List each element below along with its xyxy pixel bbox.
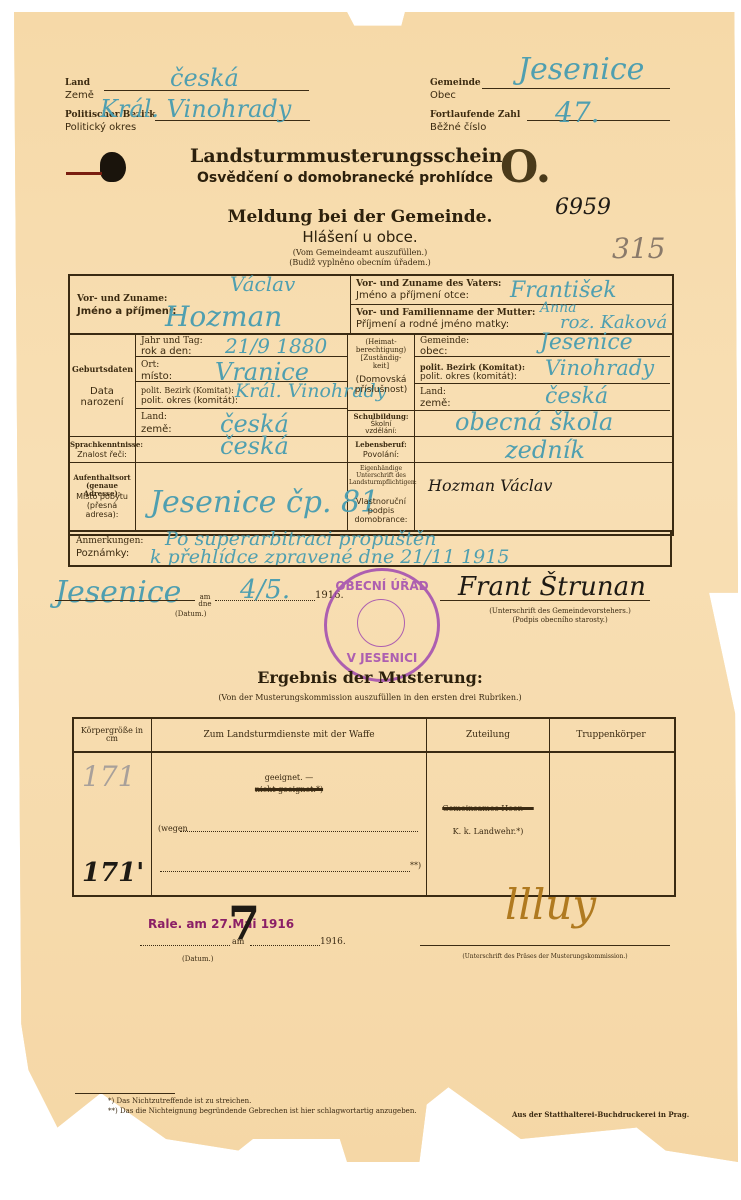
zahl-value: 47. [555, 96, 600, 129]
register-number-2: 315 [612, 232, 665, 265]
register-number: 6959 [555, 195, 611, 220]
signature-place-value: Jesenice [55, 575, 181, 610]
land-label-de: Land [65, 78, 90, 88]
ink-blot [100, 152, 126, 182]
divider [549, 717, 550, 895]
divider [414, 383, 670, 384]
col-header-service: Zum Landsturmdienste mit der Waffe [152, 731, 426, 739]
mother-label-de: Vor- und Familienname der Mutter: [356, 308, 535, 318]
lang-label-de: Sprachkenntnisse: [70, 440, 134, 449]
commission-place-caption: (Datum.) [182, 955, 213, 963]
name-label-cz: Jméno a příjmení: [77, 306, 176, 317]
printer-credit: Aus der Statthalterei-Buchdruckerei in P… [512, 1111, 689, 1119]
birth-label-cz-2: narození [72, 397, 132, 408]
lang-label-cz: Znalost řeči: [70, 450, 134, 459]
footnote-mark: **) [410, 862, 421, 870]
notes-label-de: Anmerkungen: [76, 536, 143, 546]
heimat-line-3: [Zuständig- [348, 354, 414, 362]
h-land-value: česká [545, 384, 608, 409]
col-header-height: Körpergröße in cm [74, 727, 150, 743]
name-first-value: Václav [230, 272, 295, 296]
sign-cz-line-1: Vlastnoruční [349, 497, 413, 506]
divider [68, 530, 70, 565]
result-note: (Von der Musterungskommission auszufülle… [180, 694, 560, 702]
bezirk-value: Král. Vinohrady [100, 95, 291, 123]
col-header-assignment: Zuteilung [427, 731, 549, 739]
school-value: obecná škola [455, 408, 613, 436]
footnote-1: *) Das Nichtzutreffende ist zu streichen… [108, 1097, 251, 1105]
mayor-caption-de: (Unterschrift des Gemeindevorstehers.) [470, 607, 650, 615]
school-cz-line-2: vzdělání: [348, 428, 414, 435]
zahl-label-cz: Běžné číslo [430, 122, 486, 133]
name-label-de: Vor- und Zuname: [77, 294, 167, 304]
commission-place-line [140, 945, 230, 946]
mayor-caption-cz: (Podpis obecního starosty.) [470, 616, 650, 624]
addr-cz-line-2: (přesná adresa): [70, 501, 134, 519]
suitable-label: geeignet. — [152, 774, 426, 782]
president-caption: (Unterschrift des Präses der Musterungsk… [420, 953, 670, 961]
assignment-heer-struck: Gemeinsames Heer. — [427, 805, 549, 813]
height-value-pencil: 171 [82, 760, 135, 793]
job-label-cz: Povolání: [348, 450, 414, 459]
heimat-label-cz: (Domovská příslušnost) [348, 375, 414, 395]
father-label-cz: Jméno a příjmení otce: [356, 290, 469, 301]
bezirk-label-de-2: polit. Bezirk (Komitat): [141, 386, 234, 395]
stamp-top-text: OBECNÍ ÚŘAD [327, 579, 437, 593]
place-label-de: Ort: [141, 360, 159, 370]
president-line [420, 945, 670, 946]
height-value-ink: 171' [82, 858, 144, 888]
because-line [180, 831, 418, 832]
land-value: česká [170, 64, 239, 92]
mother-label-cz: Příjmení a rodné jméno matky: [356, 319, 509, 330]
date-value: 21/9 1880 [225, 334, 327, 358]
result-title: Ergebnis der Musterung: [180, 668, 560, 687]
date-label-cz: rok a den: [141, 346, 192, 357]
heimat-line-2: berechtigung) [348, 346, 414, 354]
title-de: Landsturmmusterungsschein [190, 145, 500, 167]
place-line [55, 600, 195, 601]
note-cz: (Budiž vyplněno obecním úřadem.) [220, 259, 500, 267]
date-caption: (Datum.) [175, 610, 206, 618]
signature-date-value: 4/5. [240, 575, 290, 605]
divider [414, 333, 415, 532]
place-label-cz: místo: [141, 371, 172, 382]
sign-cz-line-2: podpis [349, 506, 413, 515]
h-gemeinde-value: Jesenice [540, 330, 633, 355]
birth-label-de: Geburtsdaten [72, 364, 132, 374]
because-line-2 [160, 871, 410, 872]
addr-value: Jesenice čp. 81 [150, 485, 379, 520]
name-last-value: Hozman [165, 300, 282, 333]
note-de: (Vom Gemeindeamt auszufüllen.) [220, 249, 500, 257]
sign-label-de: Eigenhändige Unterschrift des Landsturmp… [349, 465, 413, 486]
h-land-label-de: Land: [420, 387, 446, 397]
divider [151, 717, 152, 895]
sign-label-cz: Vlastnoruční podpis domobrance: [349, 497, 413, 524]
col-header-unit: Truppenkörper [550, 731, 672, 739]
unsuitable-label-struck: nicht geeignet.*) [152, 786, 426, 794]
commission-am: am [232, 938, 244, 946]
h-gemeinde-label-cz: obec: [420, 346, 448, 357]
h-bezirk-value: Vinohrady [545, 356, 654, 380]
mayor-signature: Frant Štrunan [458, 572, 646, 602]
divider [72, 751, 674, 753]
divider [670, 530, 672, 565]
stamp-bottom-text: V JESENICI [327, 651, 437, 665]
birth-label-cz-1: Data [72, 386, 132, 397]
school-label-cz: Školní vzdělání: [348, 421, 414, 435]
commission-stamp: Rale. am 27.Mai 1916 [148, 917, 294, 931]
h-gemeinde-label-de: Gemeinde: [420, 336, 469, 346]
father-label-de: Vor- und Zuname des Vaters: [356, 279, 501, 289]
title-mark: O. [500, 142, 551, 193]
heimat-label-de: (Heimat- berechtigung) [Zuständig- keit] [348, 338, 414, 370]
job-value: zedník [505, 436, 585, 464]
municipal-stamp: OBECNÍ ÚŘAD V JESENICI [324, 568, 440, 682]
land-label-cz: Země [65, 90, 94, 101]
footnote-divider [75, 1093, 175, 1094]
bezirk-label-cz-2: polit. okres (komitát): [141, 396, 238, 406]
sign-cz-line-3: domobrance: [349, 515, 413, 524]
divider [135, 333, 136, 532]
gemeinde-label-cz: Obec [430, 90, 456, 101]
h-bezirk-label-de: polit. Bezirk (Komitat): [420, 362, 525, 372]
subtitle-cz: Hlášení u obce. [220, 228, 500, 246]
commission-date-line [250, 945, 320, 946]
h-land-label-cz: země: [420, 398, 451, 409]
date-label-de: Jahr und Tag: [141, 336, 203, 346]
zahl-label-de: Fortlaufende Zahl [430, 110, 520, 120]
gemeinde-line [482, 88, 670, 89]
h-bezirk-label-cz: polit. okres (komitát): [420, 372, 517, 382]
heimat-cz-line-1: (Domovská [348, 375, 414, 385]
job-label-de: Lebensberuf: [348, 440, 414, 449]
title-cz: Osvědčení o domobranecké prohlídce [190, 170, 500, 186]
subtitle-de: Meldung bei der Gemeinde. [220, 207, 500, 227]
lion-emblem-icon [357, 599, 405, 647]
divider [68, 565, 672, 567]
footnote-2: **) Das die Nichteignung begründende Geb… [108, 1107, 417, 1115]
divider [135, 408, 347, 409]
addr-label-cz: Místo pobytu (přesná adresa): [70, 492, 134, 519]
land-label-de-2: Land: [141, 412, 167, 422]
lang-value: česká [220, 432, 289, 460]
notes-label-cz: Poznámky: [76, 548, 129, 559]
addr-cz-line-1: Místo pobytu [70, 492, 134, 501]
gemeinde-label-de: Gemeinde [430, 78, 481, 88]
result-table [72, 717, 676, 897]
dne-label: dne [195, 600, 215, 608]
heimat-line-1: (Heimat- [348, 338, 414, 346]
president-signature: llluy [505, 880, 596, 929]
citizen-signature: Hozman Václav [428, 476, 552, 495]
assignment-landwehr: K. k. Landwehr.*) [427, 828, 549, 836]
red-mark [66, 172, 102, 175]
bezirk-label-cz: Politický okres [65, 122, 136, 133]
heimat-line-4: keit] [348, 362, 414, 370]
gemeinde-value: Jesenice [518, 52, 644, 87]
land-label-cz-2: země: [141, 424, 172, 435]
commission-year: 1916. [320, 937, 346, 948]
divider [350, 304, 672, 305]
heimat-cz-line-2: příslušnost) [348, 385, 414, 395]
